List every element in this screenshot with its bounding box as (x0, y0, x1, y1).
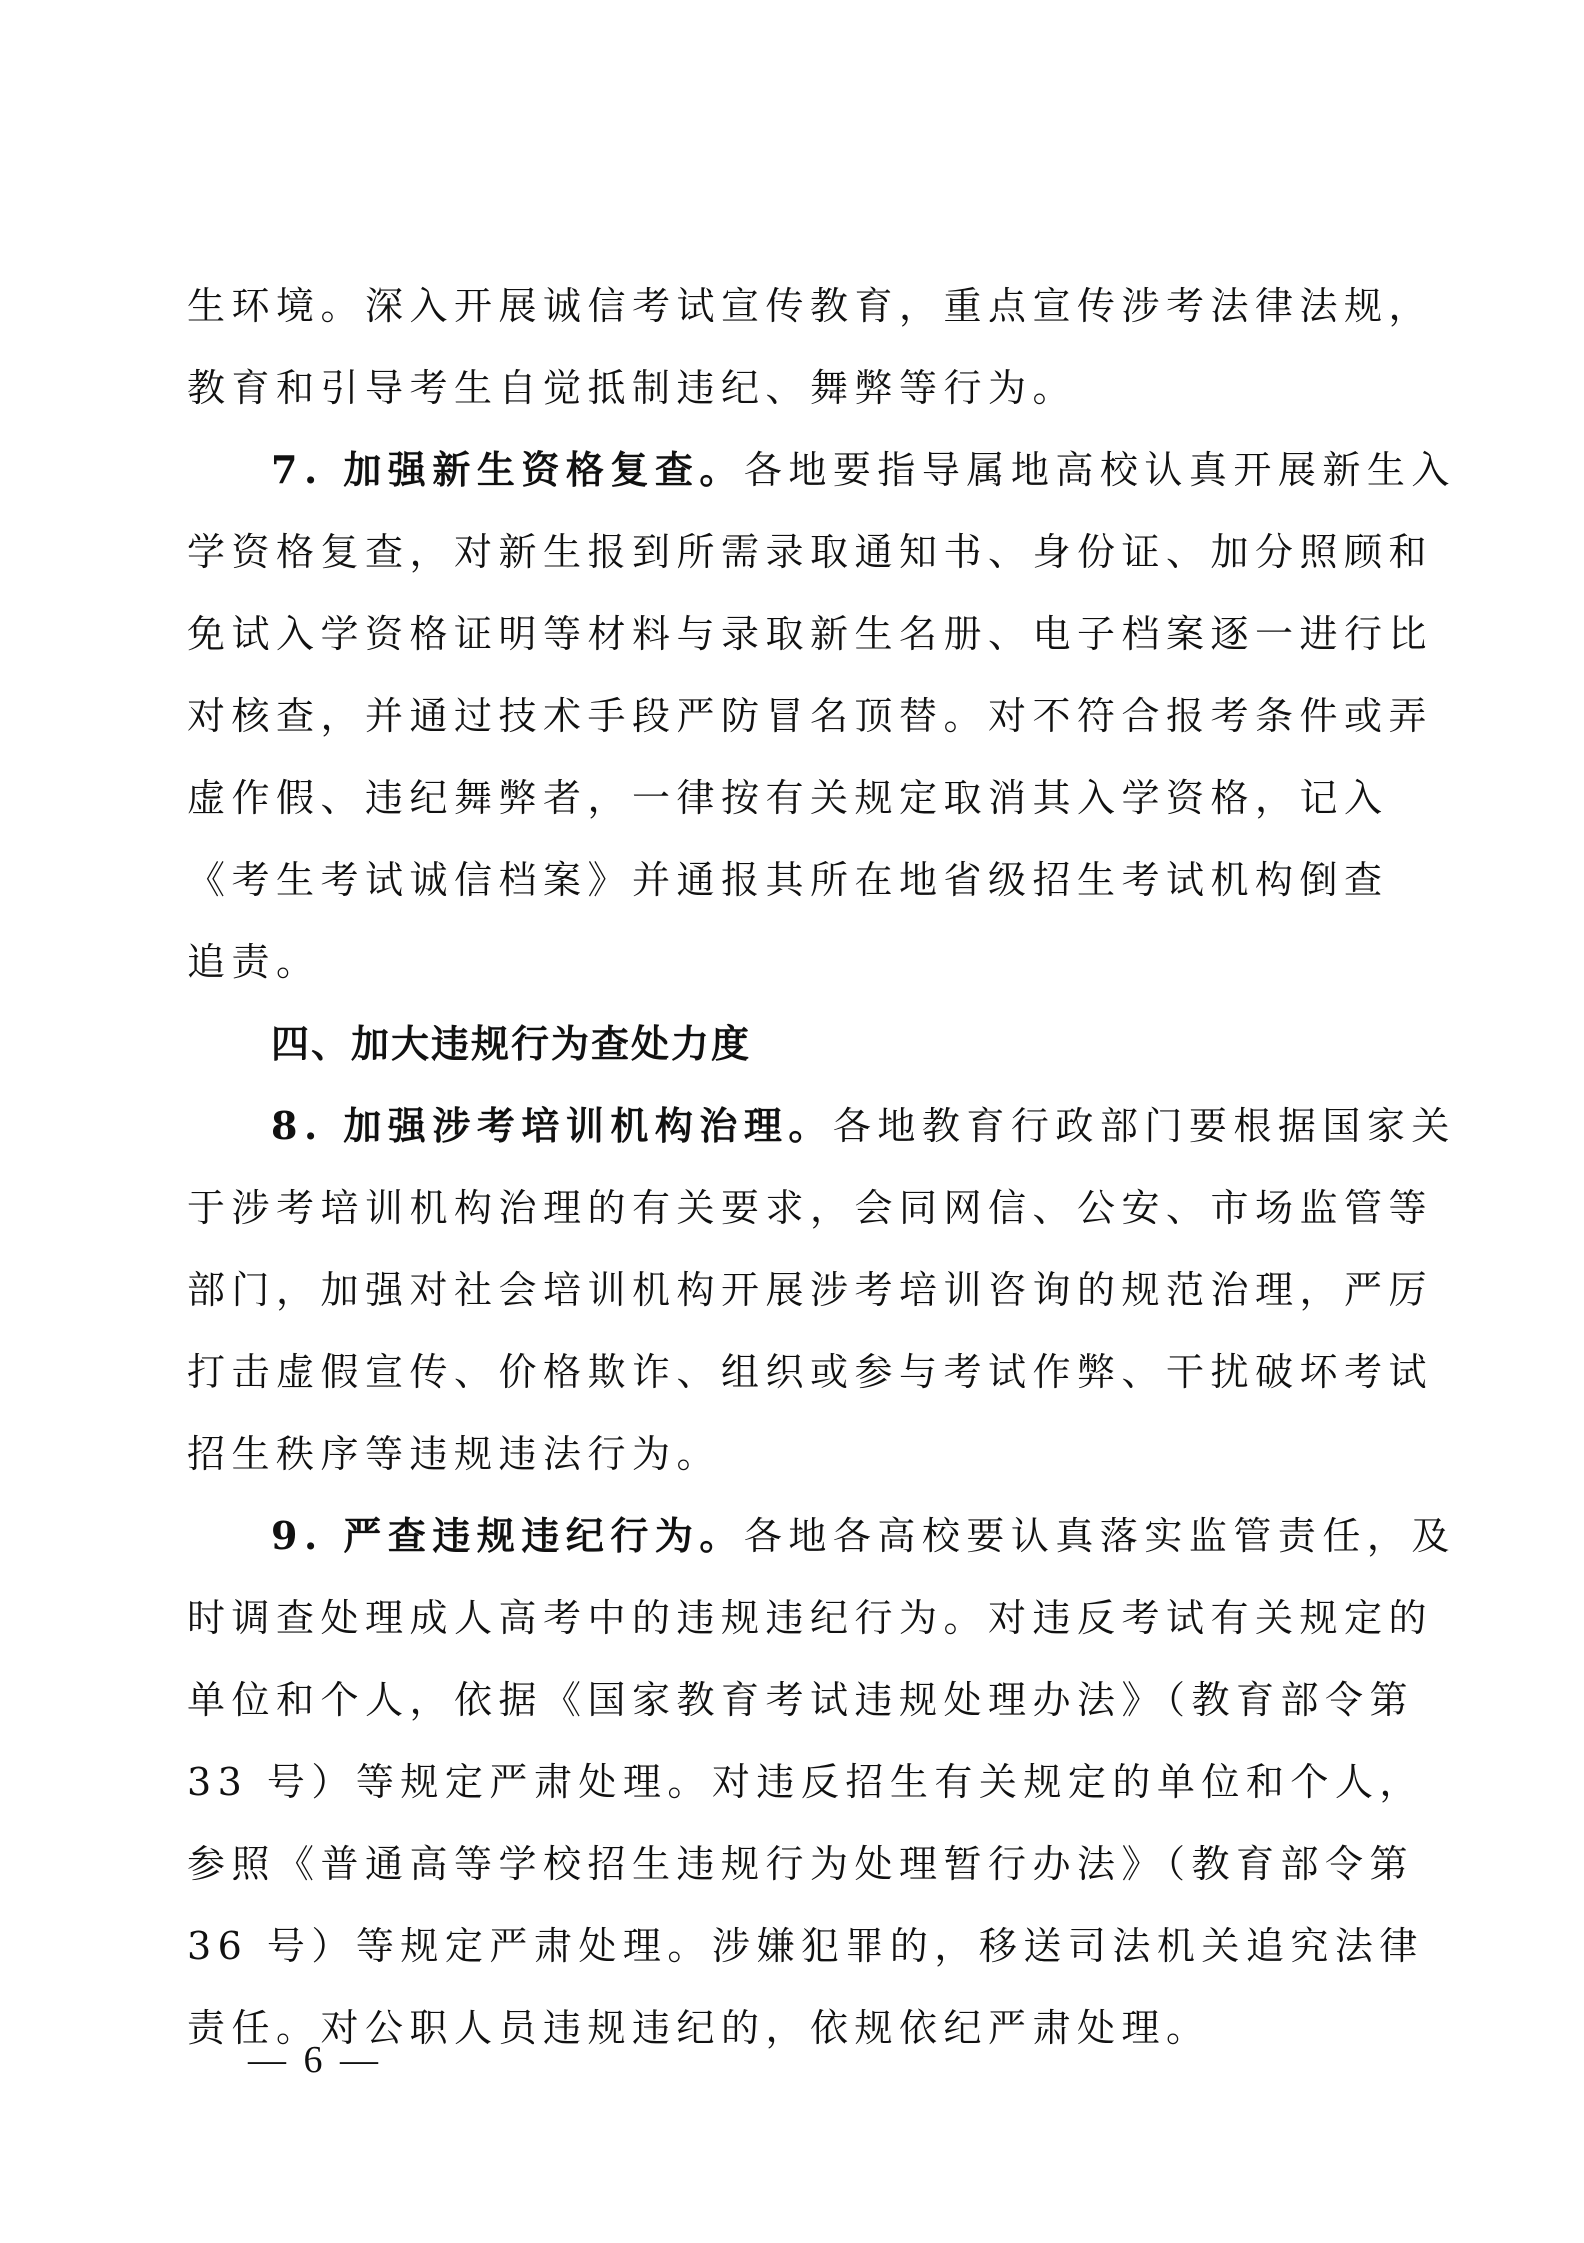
item-8-title-line: 8. 加强涉考培训机构治理。各地教育行政部门要根据国家关 (187, 1085, 1387, 1167)
paragraph-line: 免试入学资格证明等材料与录取新生名册、电子档案逐一进行比 (187, 593, 1387, 675)
paragraph-line: 学资格复查，对新生报到所需录取通知书、身份证、加分照顾和 (187, 511, 1387, 593)
item-7-heading: 7. 加强新生资格复查。 (271, 447, 744, 492)
line-text: 生环境。深入开展诚信考试宣传教育，重点宣传涉考法律法规， (187, 284, 1433, 328)
paragraph-line: 单位和个人，依据《国家教育考试违规处理办法》（教育部令第 (187, 1659, 1387, 1741)
item-9-heading: 9. 严查违规违纪行为。 (271, 1513, 744, 1558)
paragraph-line: 教育和引导考生自觉抵制违纪、舞弊等行为。 (187, 347, 1387, 429)
item-7-title-line: 7. 加强新生资格复查。各地要指导属地高校认真开展新生入 (187, 429, 1387, 511)
page-number: — 6 — (248, 2038, 382, 2082)
item-8-heading: 8. 加强涉考培训机构治理。 (271, 1103, 833, 1148)
section-4-heading: 四、加大违规行为查处力度 (187, 1003, 1387, 1085)
line-text: 免试入学资格证明等材料与录取新生名册、电子档案逐一进行比 (187, 612, 1433, 656)
paragraph-line: 虚作假、违纪舞弊者，一律按有关规定取消其入学资格，记入 (187, 757, 1387, 839)
paragraph-line: 于涉考培训机构治理的有关要求，会同网信、公安、市场监管等 (187, 1167, 1387, 1249)
paragraph-line: 36 号）等规定严肃处理。涉嫌犯罪的，移送司法机关追究法律 (187, 1905, 1387, 1987)
line-text: 时调查处理成人高考中的违规违纪行为。对违反考试有关规定的 (187, 1596, 1433, 1640)
line-text: 33 号）等规定严肃处理。对违反招生有关规定的单位和个人， (187, 1760, 1424, 1804)
line-text: 教育和引导考生自觉抵制违纪、舞弊等行为。 (187, 366, 1077, 410)
paragraph-line: 《考生考试诚信档案》并通报其所在地省级招生考试机构倒查 (187, 839, 1387, 921)
document-body: 生环境。深入开展诚信考试宣传教育，重点宣传涉考法律法规， 教育和引导考生自觉抵制… (187, 265, 1387, 2069)
line-text: 参照《普通高等学校招生违规行为处理暂行办法》（教育部令第 (187, 1842, 1414, 1886)
paragraph-line: 部门，加强对社会培训机构开展涉考培训咨询的规范治理，严厉 (187, 1249, 1387, 1331)
paragraph-line: 33 号）等规定严肃处理。对违反招生有关规定的单位和个人， (187, 1741, 1387, 1823)
line-text: 追责。 (187, 940, 321, 984)
line-text: 招生秩序等违规违法行为。 (187, 1432, 721, 1476)
line-text: 部门，加强对社会培训机构开展涉考培训咨询的规范治理，严厉 (187, 1268, 1433, 1312)
paragraph-line: 打击虚假宣传、价格欺诈、组织或参与考试作弊、干扰破坏考试 (187, 1331, 1387, 1413)
item-9-title-line: 9. 严查违规违纪行为。各地各高校要认真落实监管责任，及 (187, 1495, 1387, 1577)
line-text: 学资格复查，对新生报到所需录取通知书、身份证、加分照顾和 (187, 530, 1433, 574)
paragraph-line: 招生秩序等违规违法行为。 (187, 1413, 1387, 1495)
line-text: 各地教育行政部门要根据国家关 (833, 1104, 1456, 1148)
paragraph-line: 时调查处理成人高考中的违规违纪行为。对违反考试有关规定的 (187, 1577, 1387, 1659)
paragraph-line: 对核查，并通过技术手段严防冒名顶替。对不符合报考条件或弄 (187, 675, 1387, 757)
paragraph-line: 参照《普通高等学校招生违规行为处理暂行办法》（教育部令第 (187, 1823, 1387, 1905)
line-text: 打击虚假宣传、价格欺诈、组织或参与考试作弊、干扰破坏考试 (187, 1350, 1433, 1394)
line-text: 各地各高校要认真落实监管责任，及 (744, 1514, 1456, 1558)
line-text: 各地要指导属地高校认真开展新生入 (744, 448, 1456, 492)
line-text: 对核查，并通过技术手段严防冒名顶替。对不符合报考条件或弄 (187, 694, 1433, 738)
paragraph-line: 生环境。深入开展诚信考试宣传教育，重点宣传涉考法律法规， (187, 265, 1387, 347)
paragraph-line: 追责。 (187, 921, 1387, 1003)
line-text: 虚作假、违纪舞弊者，一律按有关规定取消其入学资格，记入 (187, 776, 1389, 820)
line-text: 单位和个人，依据《国家教育考试违规处理办法》（教育部令第 (187, 1678, 1414, 1722)
line-text: 36 号）等规定严肃处理。涉嫌犯罪的，移送司法机关追究法律 (187, 1924, 1424, 1968)
line-text: 于涉考培训机构治理的有关要求，会同网信、公安、市场监管等 (187, 1186, 1433, 1230)
line-text: 《考生考试诚信档案》并通报其所在地省级招生考试机构倒查 (187, 858, 1389, 902)
